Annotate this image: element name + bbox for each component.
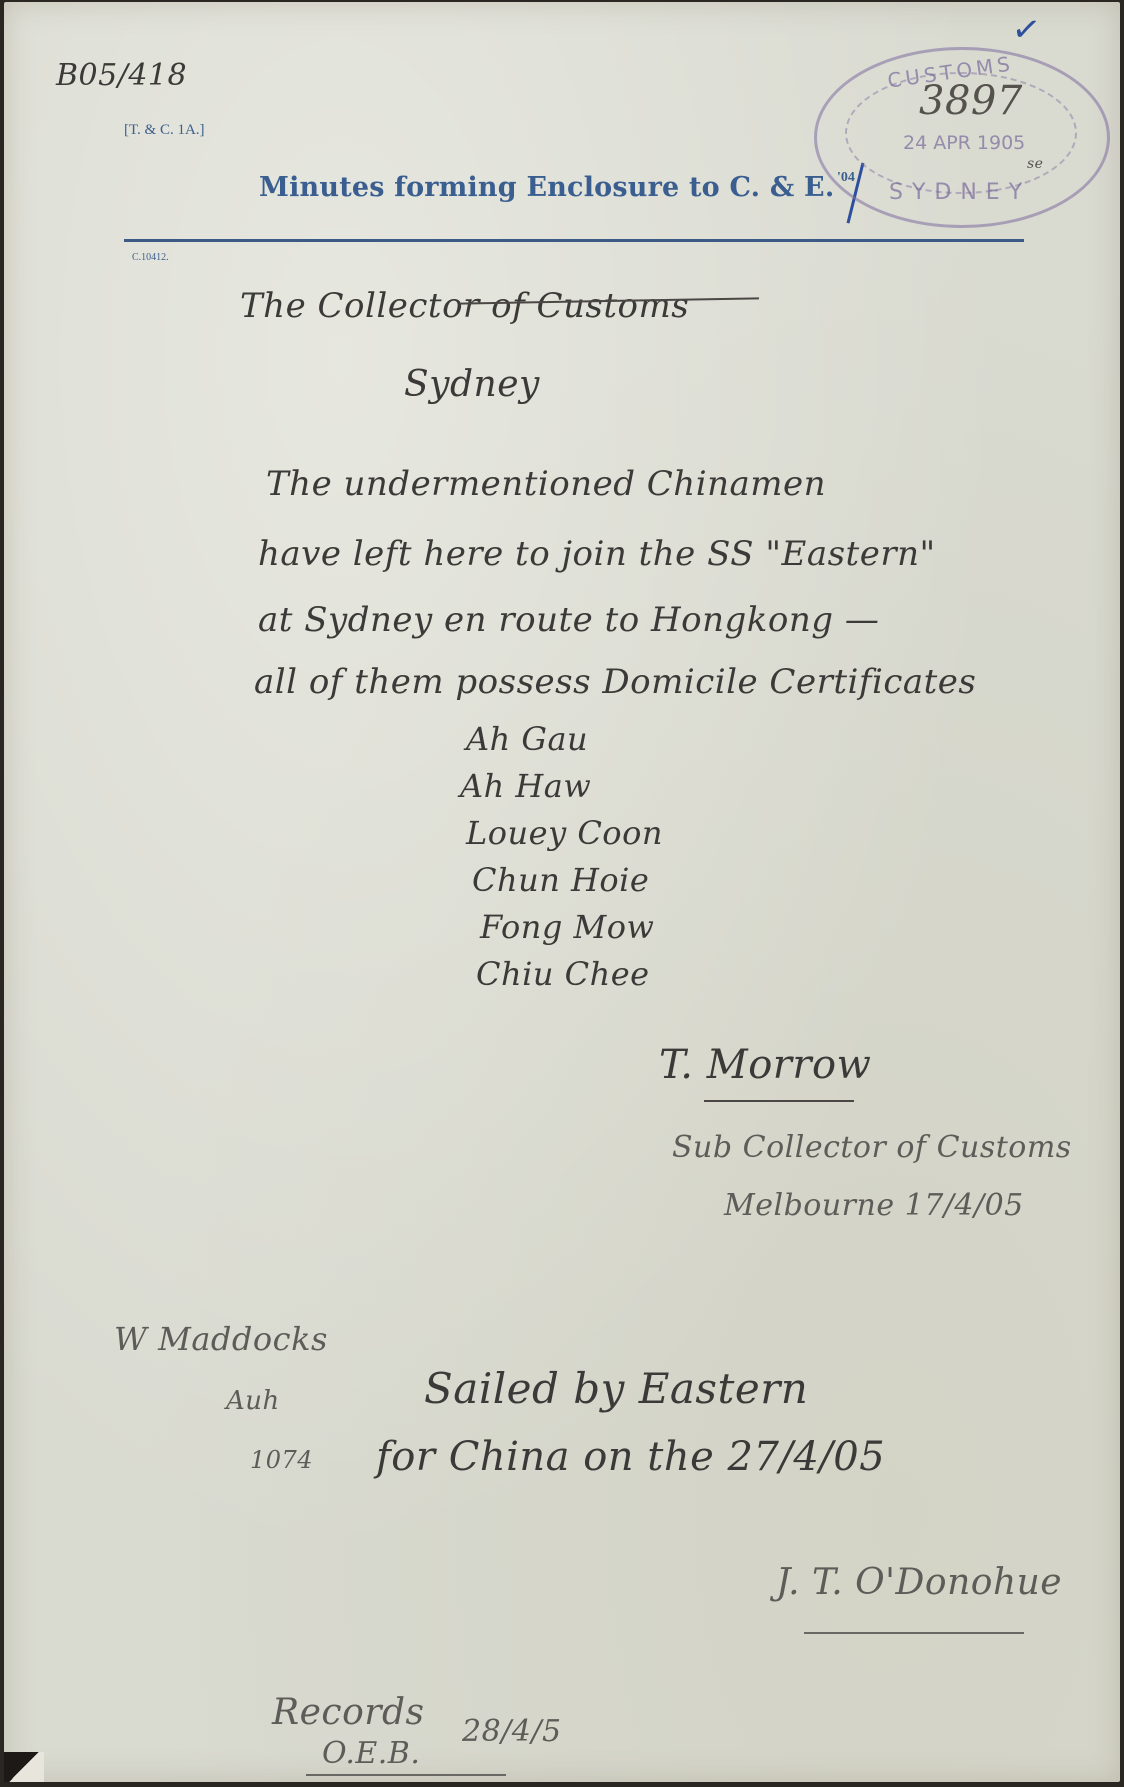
- records-line-1: Records: [272, 1692, 424, 1733]
- sailed-signature-flourish: [804, 1632, 1024, 1634]
- check-mark-icon: ✓: [1009, 8, 1043, 52]
- officer-name: W Maddocks: [114, 1320, 328, 1358]
- signatory-place-date: Melbourne 17/4/05: [724, 1188, 1024, 1223]
- customs-received-stamp: CUSTOMS 3897 24 APR 1905 se SYDNEY: [814, 47, 1110, 228]
- body-line-3: at Sydney en route to Hongkong —: [258, 600, 1124, 662]
- signature: T. Morrow: [659, 1042, 871, 1088]
- folded-corner: [4, 1752, 44, 1782]
- addressee-line-1: The Collector of Customs: [240, 286, 689, 326]
- stamp-date: 24 APR 1905: [903, 132, 1025, 154]
- header-rule: [124, 239, 1024, 242]
- signature-underline: [704, 1100, 854, 1102]
- body-line-4: all of them possess Domicile Certificate…: [254, 662, 1124, 724]
- name-item: Fong Mow: [480, 908, 663, 955]
- name-item: Ah Gau: [466, 720, 663, 767]
- file-reference: B05/418: [56, 58, 187, 93]
- stamp-bottom-text: SYDNEY: [889, 180, 1031, 205]
- stamp-number: 3897: [919, 78, 1023, 124]
- records-underline: [306, 1774, 506, 1776]
- sailed-signature: J. T. O'Donohue: [776, 1562, 1062, 1603]
- sailed-line-2: for China on the 27/4/05: [376, 1434, 885, 1480]
- officer-ref-line-2: 1074: [250, 1446, 313, 1474]
- stamp-initials: se: [1027, 156, 1043, 172]
- addressee-line-2: Sydney: [404, 364, 540, 405]
- officer-ref-line-1: Auh: [226, 1386, 280, 1416]
- name-item: Louey Coon: [466, 814, 663, 861]
- names-list: Ah Gau Ah Haw Louey Coon Chun Hoie Fong …: [466, 720, 663, 1002]
- body-line-2: have left here to join the SS "Eastern": [258, 534, 1124, 600]
- name-item: Ah Haw: [460, 767, 663, 814]
- signatory-title: Sub Collector of Customs: [672, 1130, 1072, 1165]
- name-item: Chun Hoie: [472, 861, 663, 908]
- print-code: C.10412.: [132, 252, 169, 263]
- body-line-1: The undermentioned Chinamen: [266, 464, 1124, 534]
- sailed-line-1: Sailed by Eastern: [424, 1364, 808, 1413]
- header-title: Minutes forming Enclosure to C. & E.: [259, 172, 834, 203]
- form-code: [T. & C. 1A.]: [124, 122, 205, 139]
- records-line-2: O.E.B.: [322, 1736, 420, 1771]
- letter-body: The undermentioned Chinamen have left he…: [266, 464, 1124, 724]
- document-page: B05/418 [T. & C. 1A.] Minutes forming En…: [4, 2, 1120, 1782]
- records-date: 28/4/5: [462, 1714, 562, 1749]
- name-item: Chiu Chee: [476, 955, 663, 1002]
